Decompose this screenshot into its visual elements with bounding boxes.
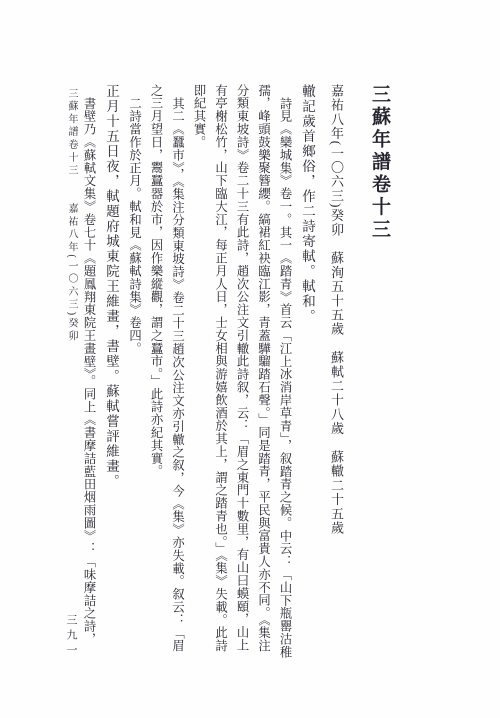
commentary-paragraph: 其二《蠶市》，《集注分類東坡詩》卷二十三趙次公注文亦引轍之叙，今《集》亦失載。叙… bbox=[145, 84, 188, 662]
page-number: 三九一 bbox=[63, 614, 79, 659]
book-page: 三蘇年譜卷十三 嘉祐八年(一〇六三)癸卯 蘇洵五十五歲 蘇軾二十八歲 蘇轍二十五… bbox=[0, 0, 500, 718]
commentary-paragraph: 二詩當作於正月。軾和見《蘇軾詩集》卷四。 bbox=[123, 84, 145, 662]
entry-paragraph: 正月十五日夜，軾題府城東院王維畫，書壁。蘇軾嘗評維畫。 bbox=[99, 84, 123, 662]
year-header: 嘉祐八年(一〇六三)癸卯 蘇洵五十五歲 蘇軾二十八歲 蘇轍二十五歲 bbox=[324, 84, 348, 662]
entry-paragraph: 轍記歲首鄉俗，作二詩寄軾。軾和。 bbox=[295, 84, 319, 662]
running-title: 三蘇年譜卷十三 嘉祐八年(一〇六三)癸卯 bbox=[64, 88, 79, 648]
page-content: 三蘇年譜卷十三 嘉祐八年(一〇六三)癸卯 蘇洵五十五歲 蘇軾二十八歲 蘇轍二十五… bbox=[78, 84, 395, 662]
commentary-paragraph: 詩見《欒城集》卷一。其一《踏青》首云「江上冰消岸草青」，叙踏青之候。中云：「山下… bbox=[188, 84, 296, 662]
volume-title: 三蘇年譜卷十三 bbox=[364, 84, 394, 662]
commentary-paragraph: 書壁乃《蘇軾文集》卷七十《題鳳翔東院王畫壁》。同上《書摩詰藍田烟雨圖》：「味摩詰… bbox=[78, 84, 100, 662]
